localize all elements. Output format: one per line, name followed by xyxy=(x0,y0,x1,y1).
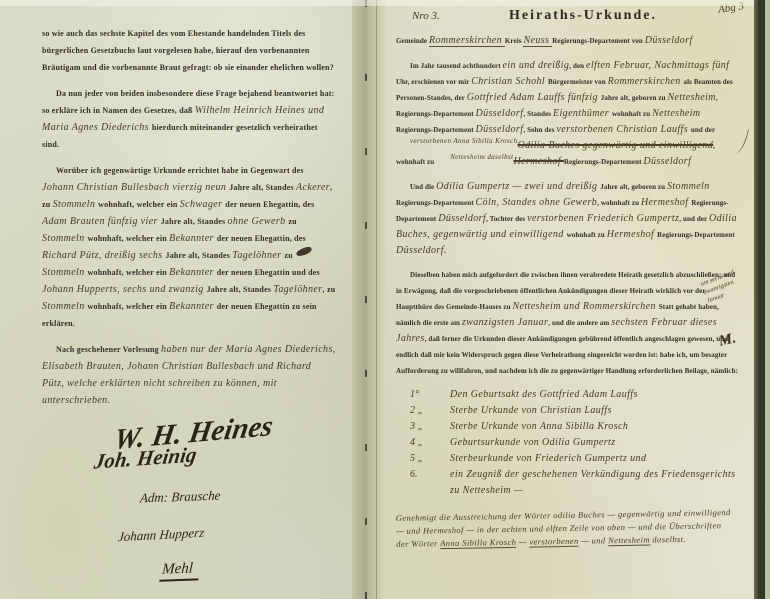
handwritten-text: Stommeln xyxy=(53,199,99,210)
handwritten-text: Stommeln xyxy=(42,233,88,244)
document-photo: so wie auch das sechste Kapitel des vom … xyxy=(0,0,770,599)
handwritten-text: Düsseldorf. xyxy=(396,245,447,256)
printed-text: , Tochter des xyxy=(486,215,527,223)
printed-text: der neuen Ehegattin, des xyxy=(225,200,314,209)
handwritten-text: Odilia Gumpertz — zwei und dreißig xyxy=(436,181,600,192)
attachment-text: ein Zeugniß der geschehenen Verkündigung… xyxy=(436,467,740,499)
signature: Mehl xyxy=(159,560,199,581)
handwritten-text: Tagelöhner xyxy=(273,284,322,295)
handwritten-text: Johann Christian Bullesbach vierzig neun xyxy=(42,182,229,193)
printed-text: zu xyxy=(288,217,296,226)
printed-text: , den xyxy=(569,62,586,70)
attachment-number: 4 „ xyxy=(410,435,436,451)
handwritten-text: Sterbeurkunde von Friederich Gumpertz un… xyxy=(450,453,646,464)
handwritten-text: Nettesheim und Rommerskirchen xyxy=(512,301,658,312)
handwritten-text: ohne Gewerb xyxy=(228,216,289,227)
printed-text: , und die andere am xyxy=(548,319,611,327)
handwritten-text: elften Februar, Nachmittags fünf xyxy=(586,60,729,71)
form-header: Nro 3. Heiraths-Urkunde. xyxy=(396,8,740,24)
attachment-number: 5 „ xyxy=(410,451,436,467)
printed-text: zu xyxy=(284,251,292,260)
printed-text: Bürgermeister von xyxy=(548,78,608,86)
binding-fold xyxy=(352,0,386,599)
page-title: Heiraths-Urkunde. xyxy=(466,8,700,24)
handwritten-text: Schwager xyxy=(180,199,226,210)
printed-text: Regierungs-Departement xyxy=(564,158,643,166)
binding-stitches xyxy=(365,0,367,599)
attachment-item: 6.ein Zeugniß der geschehenen Verkündigu… xyxy=(410,467,740,499)
printed-text: , wohnhaft zu xyxy=(597,199,641,207)
handwritten-underlined-text: Rommerskirchen xyxy=(429,35,505,47)
attachment-text: Sterbe Urkunde von Christian Lauffs xyxy=(436,403,612,419)
attachment-item: 2 „Sterbe Urkunde von Christian Lauffs xyxy=(410,403,740,419)
handwritten-text: Düsseldorf xyxy=(438,213,486,224)
right-page-text: Im Jahr tausend achthundert ein und drei… xyxy=(396,57,740,378)
printed-text: und der xyxy=(691,126,715,134)
handwritten-text: Stommeln xyxy=(42,267,88,278)
signature: Adm: Brausche xyxy=(139,488,221,507)
handwritten-text: Eigenthümer xyxy=(553,108,612,119)
printed-text: Jahre alt, geboren zu xyxy=(601,94,668,102)
signature: Joh. Heinig xyxy=(92,442,198,474)
handwritten-text: Christian Schohl xyxy=(471,76,548,87)
printed-text: , daß ferner die Urkunden dieser Ankündi… xyxy=(396,335,738,375)
attachment-text: Sterbe Urkunde von Anna Sibilla Krosch xyxy=(436,419,628,435)
handwritten-inserted-text: Nettesheim daselbst xyxy=(436,151,513,164)
handwritten-text: Cöln, Standes ohne Gewerb xyxy=(475,197,597,208)
handwritten-text: Hermeshof xyxy=(641,197,691,208)
printed-text: Regierungs-Departement xyxy=(396,199,475,207)
handwritten-text: Ackerer xyxy=(296,182,330,193)
paragraph: Da nun jeder von beiden insbesondere die… xyxy=(42,84,336,152)
printed-text: so wie auch das sechste Kapitel des vom … xyxy=(42,29,334,72)
handwritten-text: Gottfried Adam Lauffs fünfzig xyxy=(467,92,601,103)
handwritten-text: Hermeshof xyxy=(607,229,657,240)
handwritten-underlined-text: verstorbenen xyxy=(529,536,578,548)
attachment-text: Geburtsurkunde von Odilia Gumpertz xyxy=(436,435,616,451)
printed-text: Uhr, erschienen vor mir xyxy=(396,78,471,86)
attachment-item: 3 „Sterbe Urkunde von Anna Sibilla Krosc… xyxy=(410,419,740,435)
margin-initial-mark: M. xyxy=(717,330,737,350)
printed-text: Jahre alt, Standes xyxy=(229,183,296,192)
handwritten-text: Stommeln xyxy=(42,301,88,312)
handwritten-text: — xyxy=(516,537,529,547)
printed-text: Nach geschehener Vorlesung xyxy=(56,345,161,354)
handwritten-text: verstorbenen Friederich Gumpertz xyxy=(527,213,679,224)
handwritten-text: Den Geburtsakt des Gottfried Adam Lauffs xyxy=(450,389,638,400)
handwritten-text: Bekannter xyxy=(169,233,217,244)
printed-text: wohnhaft, welcher ein xyxy=(88,234,170,243)
handwritten-text: Sterbe Urkunde von Christian Lauffs xyxy=(450,405,612,416)
handwritten-underlined-text: Anna Sibilla Krosch xyxy=(440,537,516,549)
printed-text: , zu xyxy=(323,285,336,294)
handwritten-text: Düsseldorf xyxy=(475,124,523,135)
printed-text: Regierungs-Departement xyxy=(396,126,475,134)
handwritten-text: Rommerskirchen xyxy=(608,76,684,87)
printed-text: wohnhaft zu xyxy=(612,110,652,118)
paragraph: Nach geschehener Vorlesung haben nur der… xyxy=(42,340,336,408)
handwritten-text: Nettesheim xyxy=(652,108,700,119)
paragraph: Im Jahr tausend achthundert ein und drei… xyxy=(396,57,740,169)
handwritten-text: Bekannter xyxy=(169,267,217,278)
left-page-text: so wie auch das sechste Kapitel des vom … xyxy=(42,24,336,408)
printed-text: Jahre alt, Standes xyxy=(161,217,228,226)
page-right: Nro 3. Heiraths-Urkunde. Gemeinde Rommer… xyxy=(386,0,756,599)
handwritten-text: Richard Pütz, dreißig sechs xyxy=(42,250,166,261)
fold-crease xyxy=(376,0,377,599)
printed-text: Im Jahr tausend achthundert xyxy=(410,62,503,70)
printed-text: , und der xyxy=(679,215,709,223)
document-number: Nro 3. xyxy=(396,10,466,22)
attachment-text: Sterbeurkunde von Friederich Gumpertz un… xyxy=(436,451,646,467)
printed-text: , Sohn des xyxy=(523,126,556,134)
handwritten-text: Düsseldorf xyxy=(643,156,691,167)
handwritten-struckthrough-text: Hermeshof xyxy=(514,156,564,167)
printed-text: wohnhaft, welcher ein xyxy=(98,200,180,209)
handwritten-struckthrough-text: Odilia Buches gegenwärtig und einwillige… xyxy=(518,140,714,151)
printed-text: wohnhaft, welcher ein xyxy=(88,268,170,277)
page-top-edge xyxy=(0,0,754,6)
paragraph: so wie auch das sechste Kapitel des vom … xyxy=(42,24,336,75)
paragraph: Worüber ich gegenwärtige Urkunde erricht… xyxy=(42,161,336,331)
book-edge xyxy=(754,0,765,599)
handwritten-text: verstorbenen Christian Lauffs xyxy=(556,124,691,135)
handwritten-text: Bekannter xyxy=(169,301,217,312)
printed-text: Worüber ich gegenwärtige Urkunde erricht… xyxy=(56,166,304,175)
printed-text: Jahre alt, Standes xyxy=(207,285,274,294)
paragraph: Und die Odilia Gumpertz — zwei und dreiß… xyxy=(396,178,740,257)
handwritten-text: zwanzigsten Januar xyxy=(462,317,548,328)
printed-text: Jahre alt, Standes xyxy=(166,251,233,260)
printed-text: der neuen Ehegattin, des xyxy=(217,234,306,243)
handwritten-text: Tagelöhner xyxy=(232,250,284,261)
printed-text: wohnhaft, welcher ein xyxy=(88,302,170,311)
attachment-number: 3 „ xyxy=(410,419,436,435)
attachment-text: Den Geburtsakt des Gottfried Adam Lauffs xyxy=(436,387,638,403)
handwritten-text: ein und dreißig xyxy=(503,60,570,71)
attachments-list: 1°Den Geburtsakt des Gottfried Adam Lauf… xyxy=(410,387,740,499)
printed-text: Gemeinde xyxy=(396,37,429,45)
attachment-number: 6. xyxy=(410,467,436,499)
book-edge-outer xyxy=(765,0,770,599)
handwritten-text: Düsseldorf xyxy=(475,108,523,119)
handwritten-underlined-text: Nettesheim xyxy=(608,535,650,547)
printed-text: der neuen Ehegattin und des xyxy=(217,268,320,277)
handwritten-text: daselbst. xyxy=(650,534,686,545)
handwritten-text: — und xyxy=(578,535,608,546)
printed-text: , Standes xyxy=(523,110,553,118)
handwritten-text: ein Zeugniß der geschehenen Verkündigung… xyxy=(450,469,735,496)
signatures-block: W. H. HeinesJoh. HeinigAdm: BrauscheJoha… xyxy=(42,417,336,581)
municipality-line: Gemeinde Rommerskirchen Kreis Neuss Regi… xyxy=(396,31,740,49)
attachment-number: 2 „ xyxy=(410,403,436,419)
handwritten-text: Düsseldorf xyxy=(645,35,693,46)
page-left: so wie auch das sechste Kapitel des vom … xyxy=(0,0,352,599)
printed-text: Jahre alt, geboren zu xyxy=(600,183,667,191)
attachment-item: 1°Den Geburtsakt des Gottfried Adam Lauf… xyxy=(410,387,740,403)
attachment-number: 1° xyxy=(410,387,436,403)
approval-note: Genehmigt die Ausstreichung der Wörter o… xyxy=(396,506,733,551)
attachment-item: 5 „Sterbeurkunde von Friederich Gumpertz… xyxy=(410,451,740,467)
handwritten-text: Johann Hupperts, sechs und zwanzig xyxy=(42,284,207,295)
handwritten-text: Sterbe Urkunde von Anna Sibilla Krosch xyxy=(450,421,628,432)
handwritten-text: Nettesheim xyxy=(667,92,715,103)
printed-text: Regierungs-Departement xyxy=(657,231,735,239)
printed-text: wohnhaft zu xyxy=(567,231,607,239)
printed-text: Regierungs-Departement von xyxy=(552,37,645,45)
handwritten-inserted-text: verstorbenen Anna Sibilla Krosch xyxy=(396,135,518,148)
printed-text: Kreis xyxy=(505,37,524,45)
handwritten-underlined-text: Neuss xyxy=(523,35,552,47)
handwritten-text: Geburtsurkunde von Odilia Gumpertz xyxy=(450,437,616,448)
attachment-item: 4 „Geburtsurkunde von Odilia Gumpertz xyxy=(410,435,740,451)
signature: Johann Hupperz xyxy=(117,525,205,546)
printed-text: Und die xyxy=(410,183,436,191)
handwritten-text: Adam Brauten fünfzig vier xyxy=(42,216,161,227)
handwritten-text: Stommeln xyxy=(667,181,710,192)
paragraph: Dieselben haben mich aufgefordert die zw… xyxy=(396,266,740,378)
